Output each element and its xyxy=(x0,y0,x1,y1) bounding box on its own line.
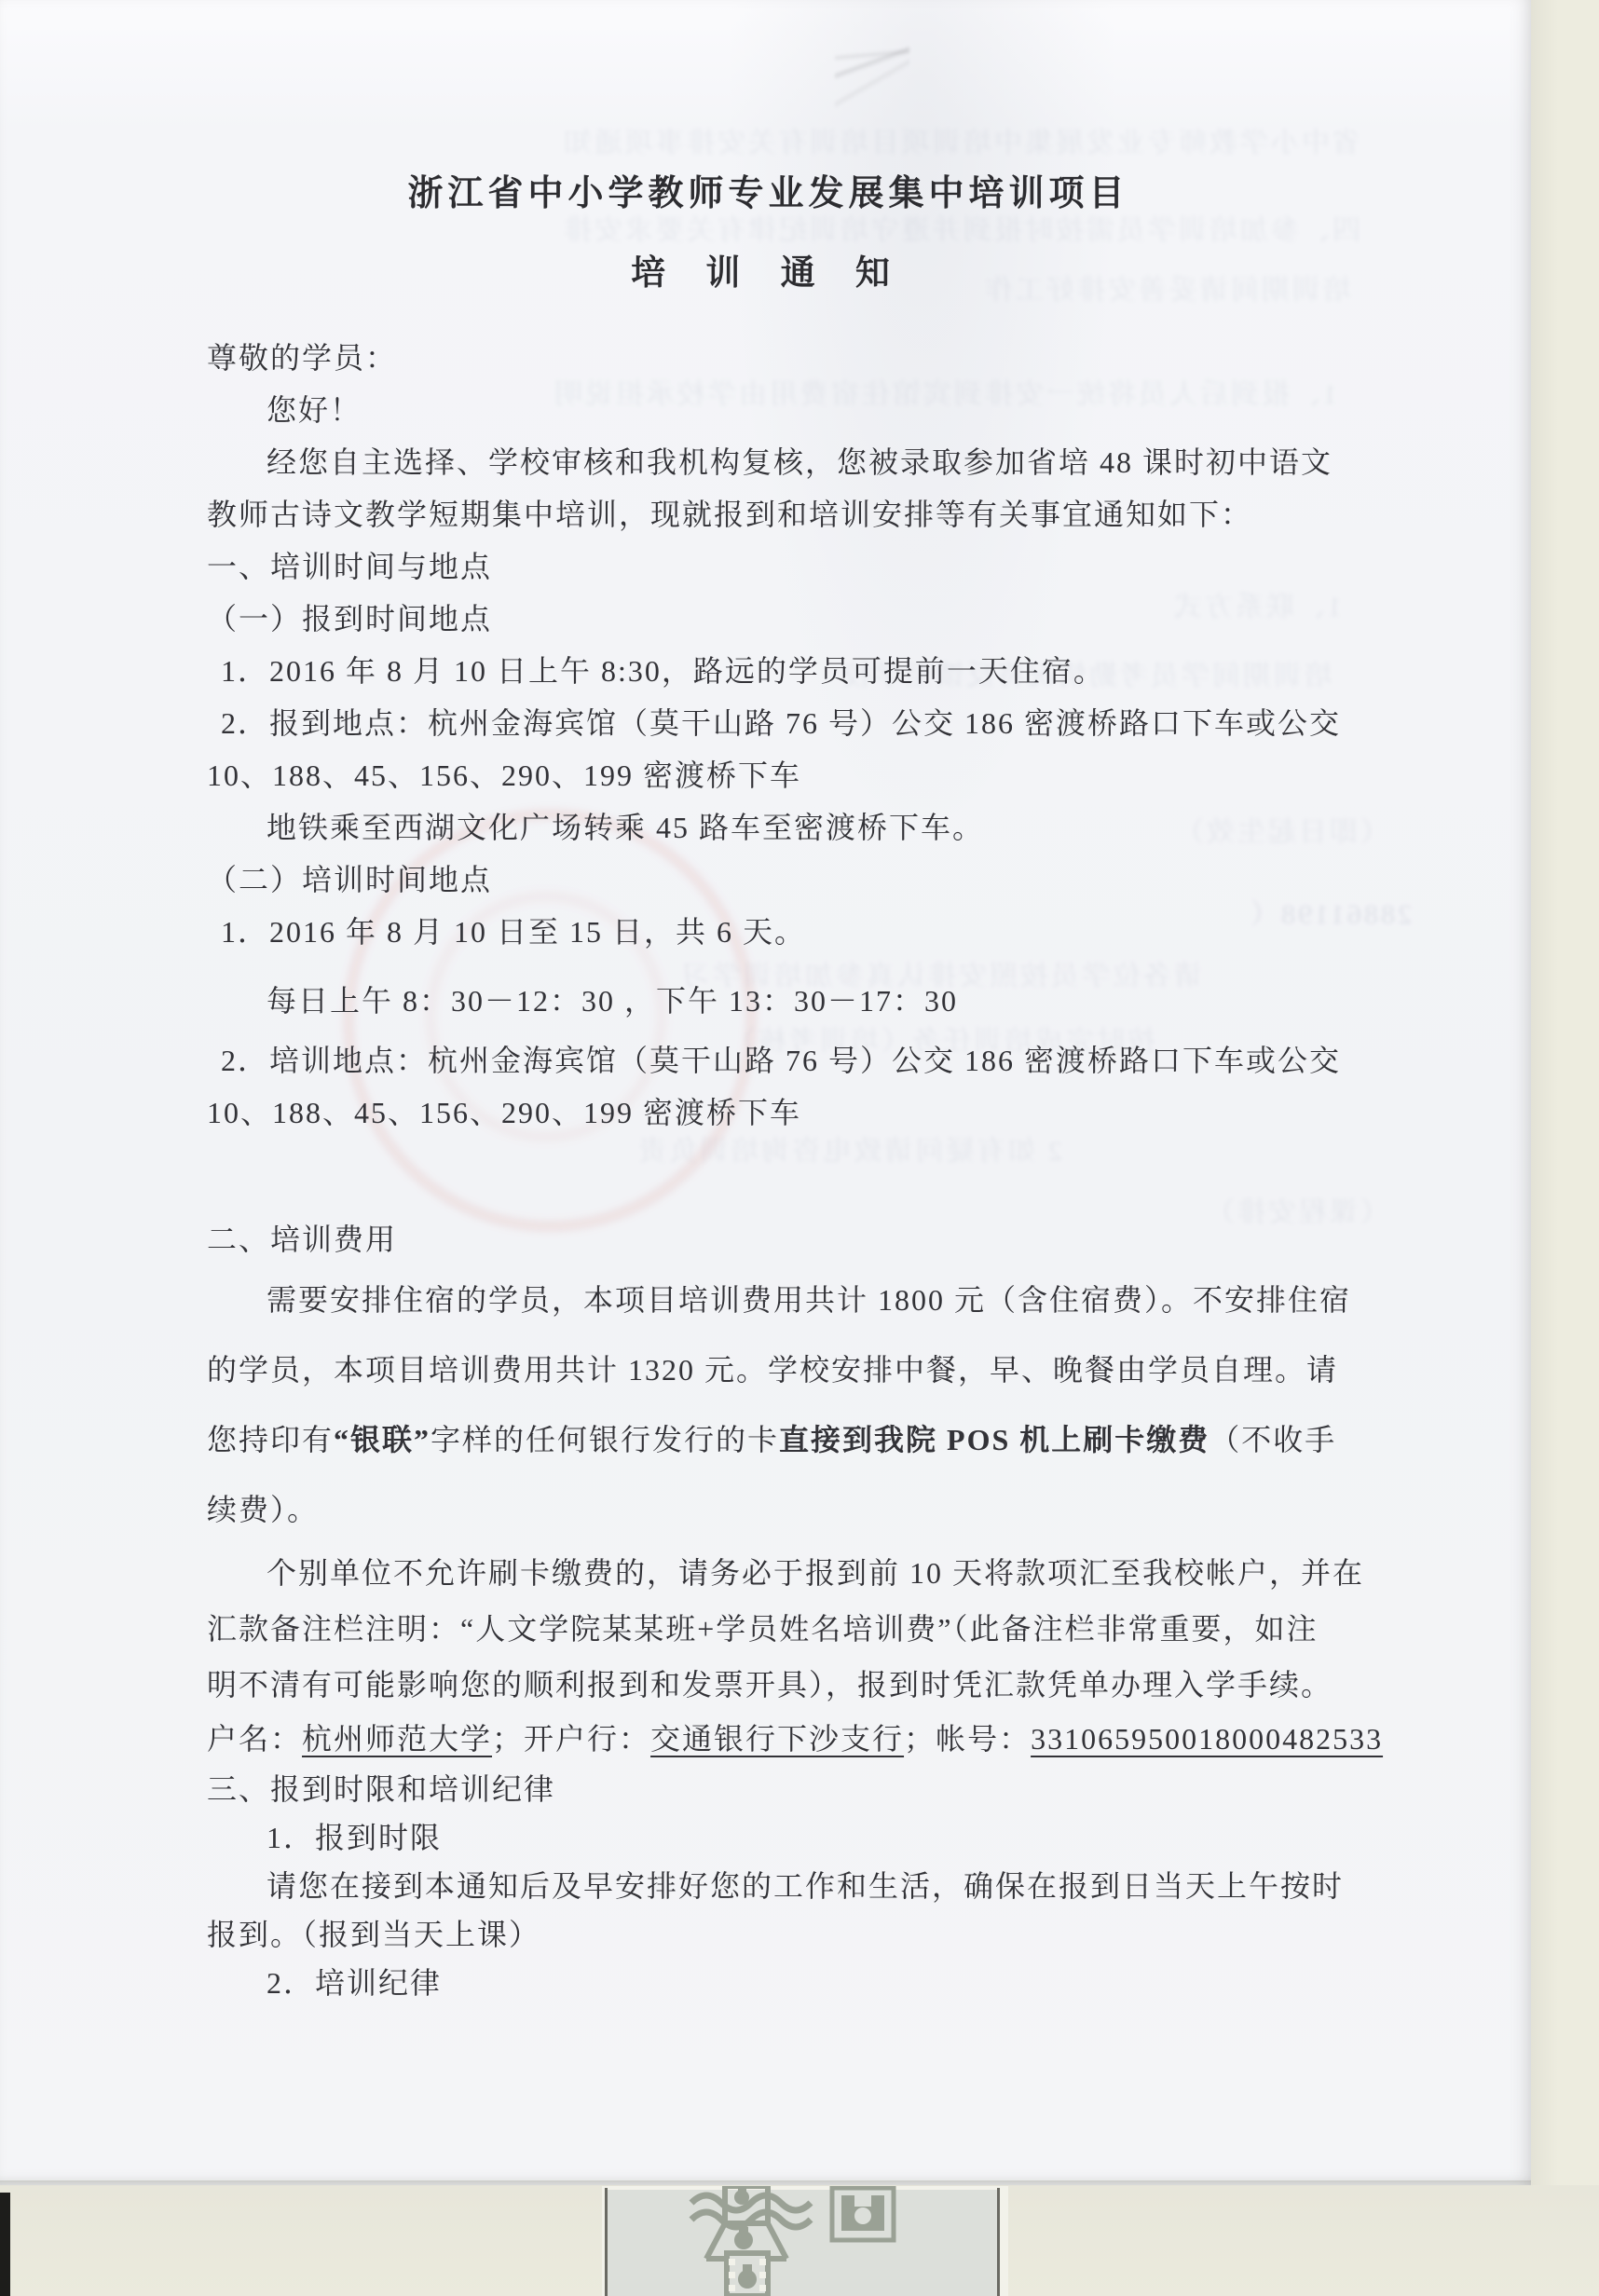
salutation: 尊敬的学员： xyxy=(207,332,1330,384)
section-1a-heading: （一）报到时间地点 xyxy=(207,593,1330,645)
remittance-paragraph-line-3: 明不清有可能影响您的顺利报到和发票开具），报到时凭汇款凭单办理入学手续。 xyxy=(207,1657,1330,1713)
intro-line-2: 教师古诗文教学短期集中培训，现就报到和培训安排等有关事宜通知如下： xyxy=(207,488,1330,540)
report-location-item-line-2: 10、188、45、156、290、199 密渡桥下车 xyxy=(207,749,1330,801)
deadline-paragraph-line-1: 请您在接到本通知后及早安排好您的工作和生活，确保在报到日当天上午按时 xyxy=(207,1862,1330,1910)
fee-paragraph-line-4: 续费）。 xyxy=(207,1475,1330,1545)
section-2-heading: 二、培训费用 xyxy=(207,1213,1330,1265)
account-name-value: 杭州师范大学 xyxy=(302,1722,492,1756)
fee-line3-text: 您持印有 xyxy=(207,1423,334,1456)
fee-paragraph-line-2: 的学员，本项目培训费用共计 1320 元。学校安排中餐，早、晚餐由学员自理。请 xyxy=(207,1335,1330,1405)
document-subtitle: 培 训 通 知 xyxy=(207,252,1330,296)
deadline-paragraph-line-2: 报到。（报到当天上课） xyxy=(207,1910,1330,1959)
card-right-edge xyxy=(997,2188,1000,2296)
remittance-paragraph-line-2: 汇款备注栏注明：“人文学院某某班+学员姓名培训费”（此备注栏非常重要，如注 xyxy=(207,1601,1330,1657)
document-title: 浙江省中小学教师专业发展集中培训项目 xyxy=(207,171,1330,216)
document-body: 浙江省中小学教师专业发展集中培训项目 培 训 通 知 尊敬的学员： 您好！ 经您… xyxy=(207,0,1330,2007)
paper-sheet: 省中小学教师专业发展集中培训项目培训有关安排事项通知 四、参加培训学员需按时报到… xyxy=(0,0,1531,2185)
account-number-label: ；帐号： xyxy=(904,1722,1031,1756)
bank-branch-label: ；开户行： xyxy=(492,1722,650,1756)
remittance-paragraph-line-1: 个别单位不允许刷卡缴费的，请务必于报到前 10 天将款项汇至我校帐户，并在 xyxy=(207,1545,1330,1601)
unionpay-bold-text: “银联” xyxy=(334,1423,430,1456)
account-number-value: 331065950018000482533 xyxy=(1031,1722,1383,1756)
section-1-heading: 一、培训时间与地点 xyxy=(207,540,1330,593)
fee-line3-text: （不收手 xyxy=(1209,1423,1336,1456)
discipline-item-heading: 2．培训纪律 xyxy=(207,1959,1330,2007)
section-3-heading: 三、报到时限和培训纪律 xyxy=(207,1765,1330,1813)
pos-payment-bold-text: 直接到我院 POS 机上刷卡缴费 xyxy=(779,1423,1209,1456)
training-location-item-line-2: 10、188、45、156、290、199 密渡桥下车 xyxy=(207,1086,1330,1139)
intro-line-1: 经您自主选择、学校审核和我机构复核，您被录取参加省培 48 课时初中语文 xyxy=(207,436,1330,488)
scanned-document-canvas: 省中小学教师专业发展集中培训项目培训有关安排事项通知 四、参加培训学员需按时报到… xyxy=(0,0,1599,2296)
deadline-item-heading: 1．报到时限 xyxy=(207,1813,1330,1862)
bank-branch-value: 交通银行下沙支行 xyxy=(650,1722,904,1756)
metro-note: 地铁乘至西湖文化广场转乘 45 路车至密渡桥下车。 xyxy=(207,801,1330,854)
bank-account-line: 户名：杭州师范大学；开户行：交通银行下沙支行；帐号：33106595001800… xyxy=(207,1713,1330,1765)
account-name-label: 户名： xyxy=(207,1722,302,1756)
report-location-item-line-1: 2．报到地点：杭州金海宾馆（莫干山路 76 号）公交 186 密渡桥路口下车或公… xyxy=(207,697,1330,749)
card-left-edge xyxy=(605,2188,608,2296)
report-time-item: 1．2016 年 8 月 10 日上午 8:30，路远的学员可提前一天住宿。 xyxy=(207,645,1330,697)
fee-paragraph-line-3: 您持印有“银联”字样的任何银行发行的卡直接到我院 POS 机上刷卡缴费（不收手 xyxy=(207,1405,1330,1475)
fee-line3-text: 字样的任何银行发行的卡 xyxy=(430,1423,779,1456)
training-location-item-line-1: 2．培训地点：杭州金海宾馆（莫干山路 76 号）公交 186 密渡桥路口下车或公… xyxy=(207,1034,1330,1086)
daily-schedule: 每日上午 8：30－12：30 ，下午 13：30－17：30 xyxy=(207,975,1330,1027)
greeting-line: 您好！ xyxy=(207,384,1330,436)
section-1b-heading: （二）培训时间地点 xyxy=(207,854,1330,906)
scanner-bed-right-band xyxy=(1531,0,1599,2185)
fee-paragraph-line-1: 需要安排住宿的学员，本项目培训费用共计 1800 元（含住宿费）。不安排住宿 xyxy=(207,1265,1330,1335)
training-dates-item: 1．2016 年 8 月 10 日至 15 日，共 6 天。 xyxy=(207,906,1330,958)
partial-card-under-page xyxy=(602,2186,1008,2296)
scan-edge-dark-strip xyxy=(0,2193,10,2296)
